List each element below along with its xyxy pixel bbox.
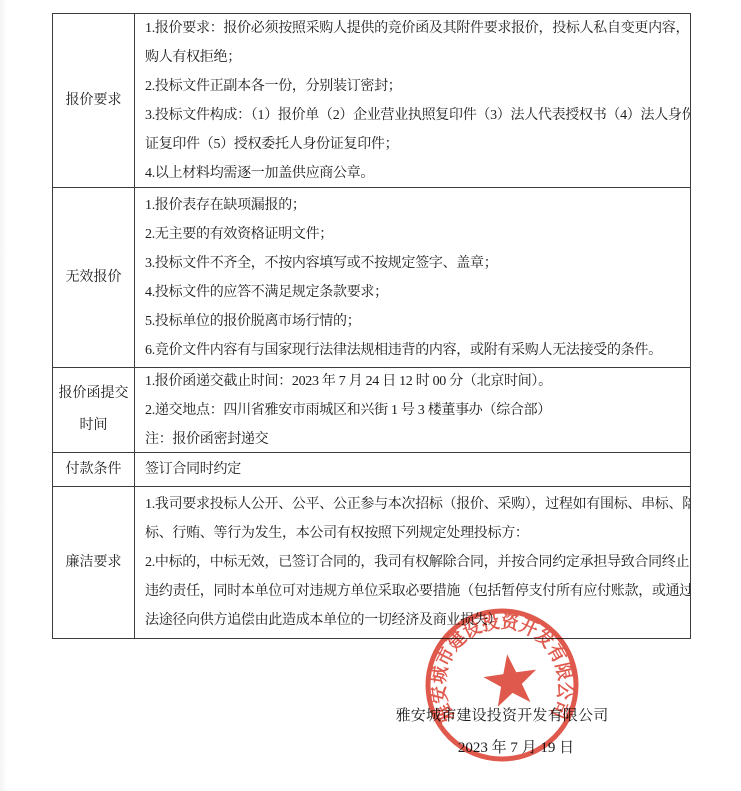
row-label: 付款条件 — [53, 453, 135, 486]
content-line: 1.报价要求：报价必须按照采购人提供的竞价函及其附件要求报价，投标人私自变更内容… — [145, 14, 684, 43]
row-label: 报价要求 — [53, 14, 135, 187]
content-line: 法途径向供方追偿由此造成本单位的一切经济及商业损失） — [145, 606, 684, 635]
content-line: 6.竞价文件内容有与国家现行法律法规相违背的内容，或附有采购人无法接受的条件。 — [145, 336, 684, 365]
document-page: 报价要求 1.报价要求：报价必须按照采购人提供的竞价函及其附件要求报价，投标人私… — [0, 0, 741, 791]
company-seal-icon: 雅安城市建设投资开发有限公司 — [421, 601, 583, 768]
seal-arc-text: 雅安城市建设投资开发有限公司 — [427, 610, 577, 726]
content-line: 4.以上材料均需逐一加盖供应商公章。 — [145, 159, 684, 188]
content-line: 购人有权拒绝； — [145, 43, 684, 72]
content-line: 3.投标文件构成：（1）报价单（2）企业营业执照复印件（3）法人代表授权书（4）… — [145, 101, 684, 130]
svg-text:雅安城市建设投资开发有限公司: 雅安城市建设投资开发有限公司 — [427, 610, 577, 726]
content-line: 1.报价表存在缺项漏报的； — [145, 191, 684, 220]
requirements-table: 报价要求 1.报价要求：报价必须按照采购人提供的竞价函及其附件要求报价，投标人私… — [52, 13, 691, 639]
content-line: 2.投标文件正副本各一份，分别装订密封； — [145, 72, 684, 101]
row-content: 1.报价函递交截止时间：2023 年 7 月 24 日 12 时 00 分（北京… — [135, 368, 690, 452]
row-label: 报价函提交时间 — [53, 368, 135, 452]
table-row: 报价函提交时间 1.报价函递交截止时间：2023 年 7 月 24 日 12 时… — [53, 368, 690, 453]
content-line: 违约责任，同时本单位可对违规方单位采取必要措施（包括暂停支付所有应付账款，或通过… — [145, 577, 684, 606]
content-line: 3.投标文件不齐全，不按内容填写或不按规定签字、盖章； — [145, 249, 684, 278]
row-label: 无效报价 — [53, 188, 135, 367]
table-row: 廉洁要求 1.我司要求投标人公开、公平、公正参与本次招标（报价、采购），过程如有… — [53, 487, 690, 638]
content-line: 签订合同时约定 — [145, 455, 684, 484]
table-row: 报价要求 1.报价要求：报价必须按照采购人提供的竞价函及其附件要求报价，投标人私… — [53, 14, 690, 188]
content-line: 5.投标单位的报价脱离市场行情的； — [145, 307, 684, 336]
row-content: 1.我司要求投标人公开、公平、公正参与本次招标（报价、采购），过程如有围标、串标… — [135, 487, 690, 638]
content-line: 2.递交地点：四川省雅安市雨城区和兴街 1 号 3 楼董事办（综合部） — [145, 396, 684, 425]
table-row: 付款条件 签订合同时约定 — [53, 453, 690, 487]
content-line: 2.无主要的有效资格证明文件； — [145, 220, 684, 249]
seal-star-icon — [481, 651, 541, 709]
content-line: 标、行贿、等行为发生，本公司有权按照下列规定处理投标方： — [145, 519, 684, 548]
content-line: 4.投标文件的应答不满足规定条款要求； — [145, 278, 684, 307]
table-row: 无效报价 1.报价表存在缺项漏报的；2.无主要的有效资格证明文件；3.投标文件不… — [53, 188, 690, 368]
row-content: 签订合同时约定 — [135, 453, 690, 486]
row-label: 廉洁要求 — [53, 487, 135, 638]
content-line: 1.报价函递交截止时间：2023 年 7 月 24 日 12 时 00 分（北京… — [145, 368, 684, 396]
content-line: 1.我司要求投标人公开、公平、公正参与本次招标（报价、采购），过程如有围标、串标… — [145, 490, 684, 519]
content-line: 2.中标的，中标无效，已签订合同的，我司有权解除合同，并按合同约定承担导致合同终… — [145, 548, 684, 577]
content-line: 证复印件（5）授权委托人身份证复印件； — [145, 130, 684, 159]
content-line: 注：报价函密封递交 — [145, 425, 684, 453]
scan-edge-shadow — [0, 0, 7, 791]
row-content: 1.报价表存在缺项漏报的；2.无主要的有效资格证明文件；3.投标文件不齐全，不按… — [135, 188, 690, 367]
row-content: 1.报价要求：报价必须按照采购人提供的竞价函及其附件要求报价，投标人私自变更内容… — [135, 14, 690, 187]
